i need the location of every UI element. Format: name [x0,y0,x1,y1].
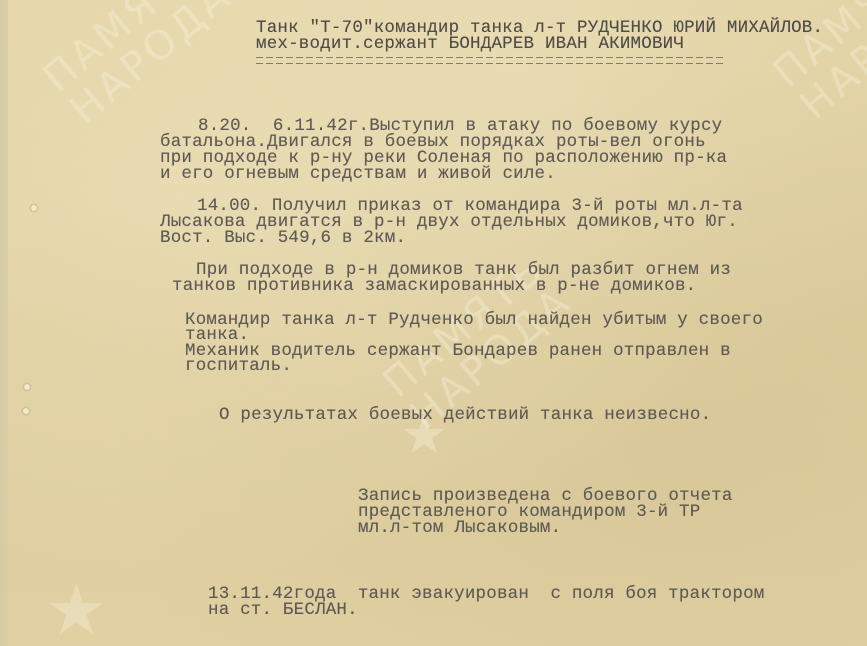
paragraph-attack-line-4: и его огневым средствам и живой силе. [160,166,556,182]
page-left-edge [0,0,8,646]
watermark-star-icon: ★ [45,575,108,645]
paragraph-evacuation-line-2: на ст. БЕСЛАН. [208,602,358,618]
paragraph-results-unknown: О результатах боевых действий танка неиз… [219,407,711,423]
header-underline-rule [256,57,726,64]
punch-hole [31,205,37,211]
paragraph-order-line-3: Вост. Выс. 549,6 в 2км. [160,230,406,246]
paragraph-source-line-3: мл.л-том Лысаковым. [358,520,561,536]
punch-hole [23,408,29,414]
paragraph-crew-line-1: Командир танка л-т Рудченко был найден у… [185,312,763,328]
document-page: ПАМЯТЬ НАРОДА ПАМЯТЬ НАРОДА ПАМЯТЬ НАРОД… [0,0,867,646]
paragraph-destroyed-line-2: танков противника замаскированных в р-не… [172,278,696,294]
header-driver-mechanic: мех-водит.сержант БОНДАРЕВ ИВАН АКИМОВИЧ [256,36,684,52]
punch-hole [24,384,30,390]
watermark-text: ПАМЯТЬ НАРОДА [36,0,240,132]
paragraph-crew-line-4: госпиталь. [185,358,292,374]
